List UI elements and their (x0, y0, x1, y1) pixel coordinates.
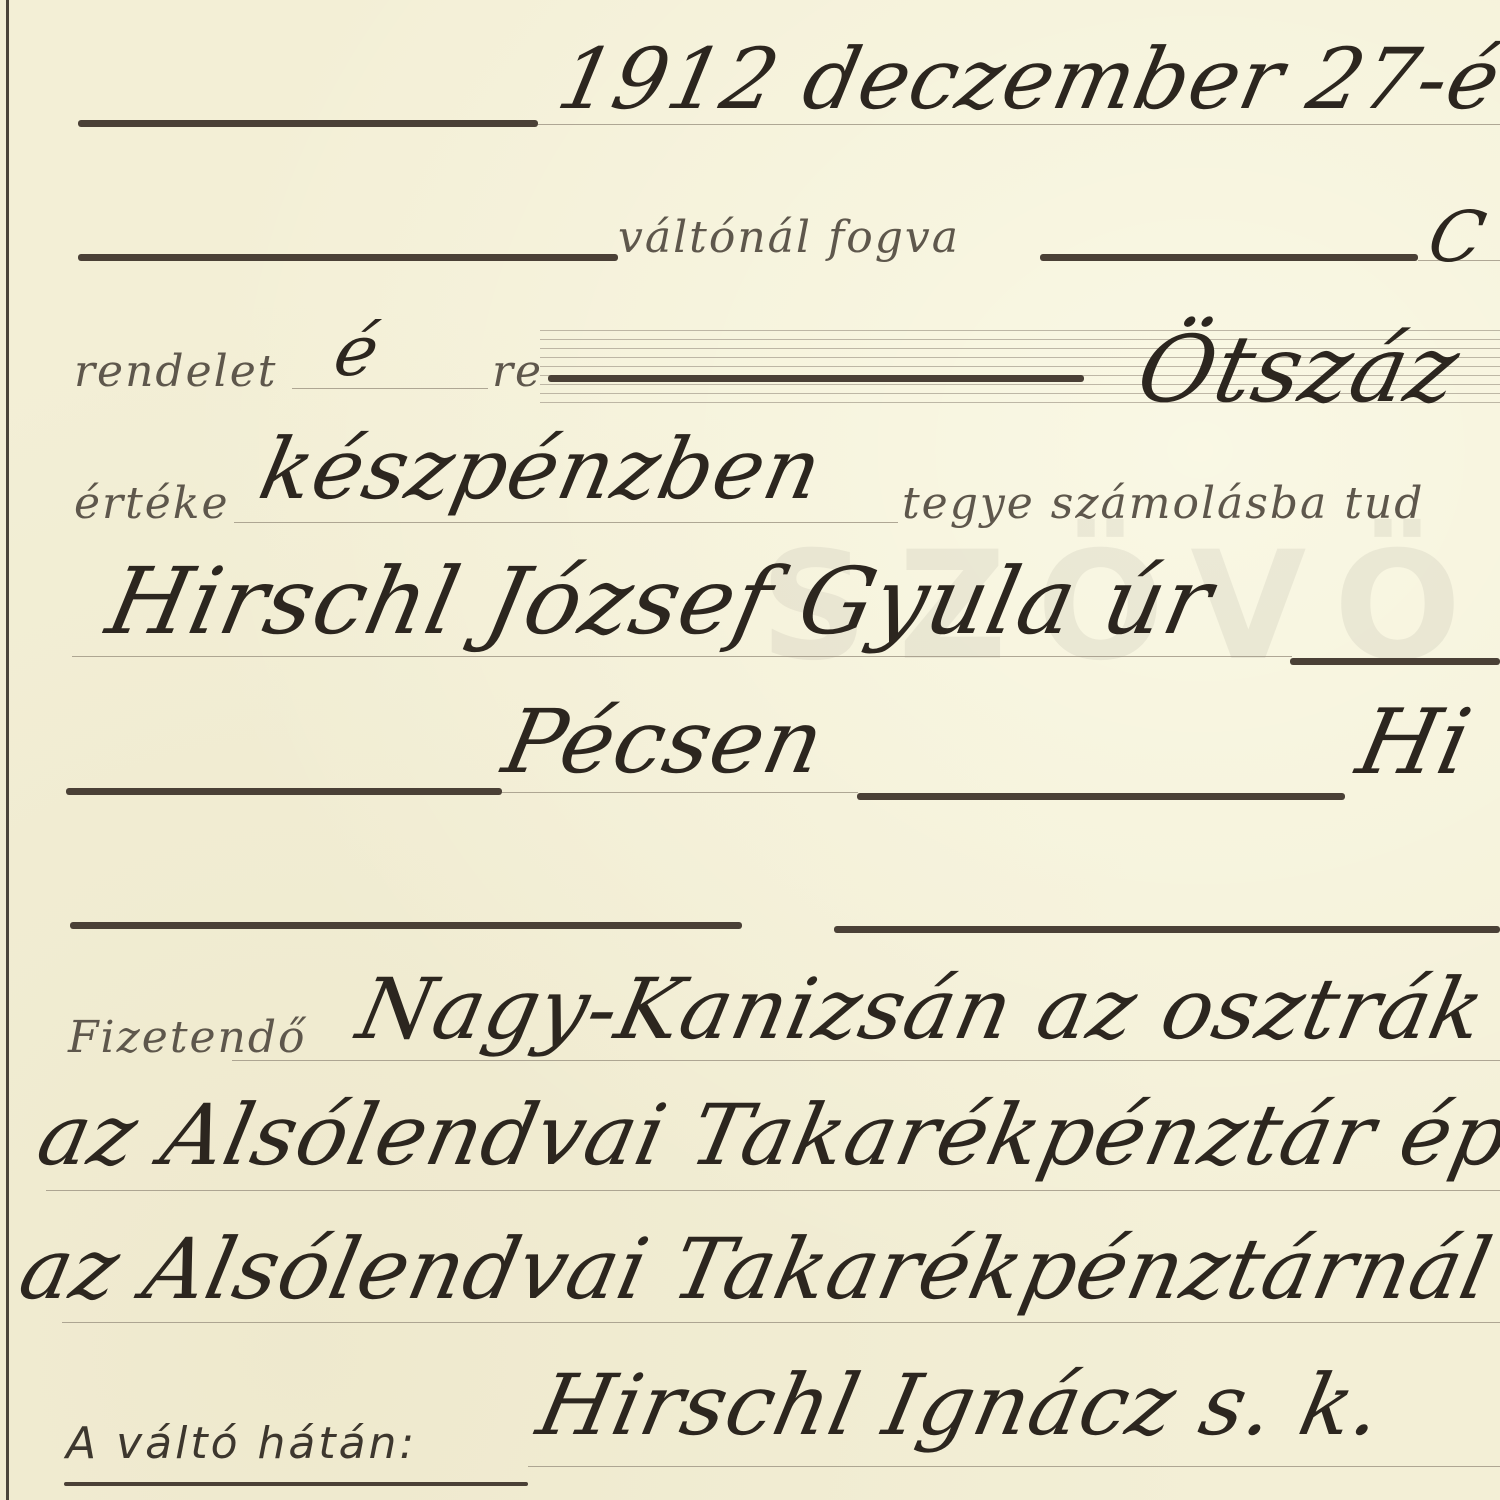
endorsement-guide (528, 1466, 1500, 1467)
payable-line2-guide (46, 1190, 1500, 1191)
rendelet-guide (292, 388, 488, 389)
fizetendo-guide (232, 1060, 1500, 1061)
valto-hatan-rule (64, 1482, 528, 1486)
label-erteke: értéke (74, 478, 230, 529)
separator-left-rule (70, 922, 742, 929)
label-re: re (492, 346, 543, 397)
form-left-border (6, 0, 9, 1500)
amount-rule (548, 375, 1084, 382)
payee-name-handwritten: Hirschl József Gyula úr (99, 548, 1222, 655)
city-right-rule (857, 793, 1345, 800)
label-valtonal-fogva: váltónál fogva (618, 212, 960, 263)
payable-line1-handwritten: Nagy-Kanizsán az osztrák (350, 960, 1494, 1058)
date-prefix-rule (78, 120, 538, 127)
payable-line2-handwritten: az Alsólendvai Takarékpénztár ép (30, 1086, 1500, 1184)
label-tegye-szamolasba: tegye számolásba tud (902, 478, 1424, 529)
drawer-rule (78, 254, 618, 261)
value-type-handwritten: készpénzben (252, 420, 831, 518)
row2-handwriting-fragment: C (1421, 196, 1493, 278)
payee-end-rule (1290, 658, 1500, 665)
label-rendelet: rendelet (74, 346, 277, 397)
date-handwritten: 1912 deczember 27-é (550, 30, 1500, 128)
payee-guide (72, 656, 1292, 657)
amount-words-handwritten: Ötszáz (1129, 316, 1469, 423)
label-valto-hatan: A váltó hátán: (66, 1418, 417, 1469)
label-fizetendo: Fizetendő (68, 1012, 307, 1063)
erteke-guide (234, 522, 898, 523)
payable-line3-guide (62, 1322, 1500, 1323)
order-suffix-handwritten: é (327, 310, 387, 392)
endorsement-handwritten: Hirschl Ignácz s. k. (530, 1356, 1392, 1454)
second-column-handwriting: Hi (1349, 690, 1481, 795)
drawee-rule (1040, 254, 1418, 261)
payee-city-handwritten: Pécsen (495, 690, 833, 793)
payable-line3-handwritten: az Alsólendvai Takarékpénztárnál (12, 1220, 1500, 1318)
separator-right-rule (834, 926, 1500, 933)
city-left-rule (66, 788, 502, 795)
